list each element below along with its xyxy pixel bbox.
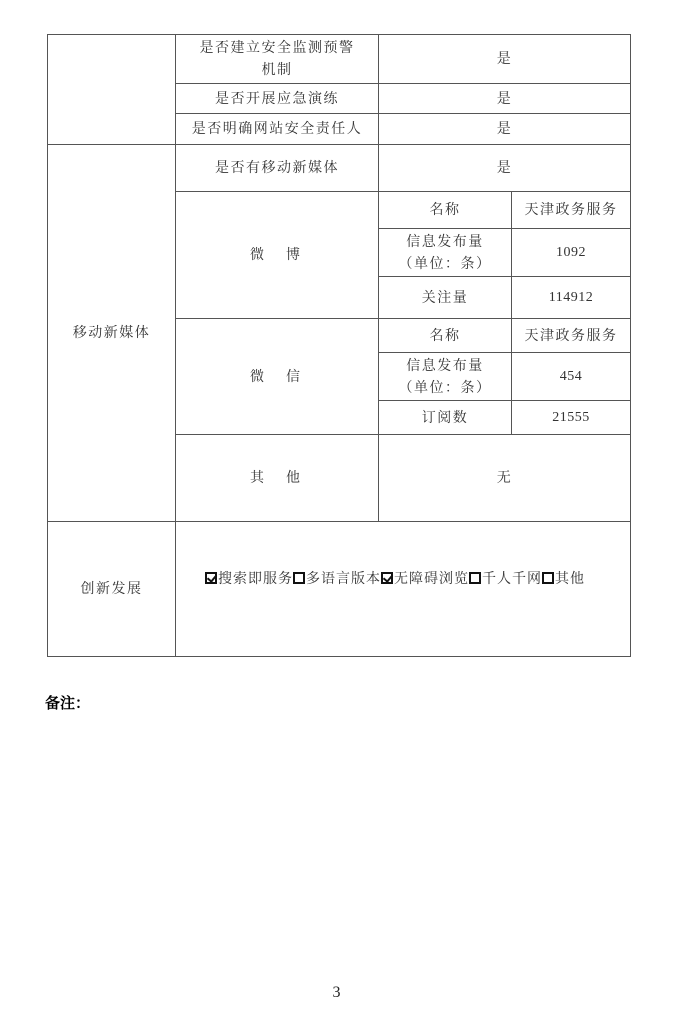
wechat-posts-value: 454 — [512, 353, 630, 400]
checkbox-other[interactable] — [542, 572, 554, 584]
security-monitoring-label: 是否建立安全监测预警 机制 — [176, 34, 378, 83]
checkbox-personalized[interactable] — [469, 572, 481, 584]
innovation-options: 搜索即服务 多语言版本 无障碍浏览 千人千网 其他 — [205, 568, 585, 588]
table-border-bottom — [47, 656, 631, 657]
label-line2: 机制 — [262, 59, 293, 81]
weibo-followers-label: 关注量 — [379, 277, 511, 318]
checkbox-search-service[interactable] — [205, 572, 217, 584]
wechat-subscribers-label: 订阅数 — [379, 401, 511, 434]
weibo-posts-value: 1092 — [512, 229, 630, 276]
weibo-label: 微 博 — [176, 192, 378, 318]
other-media-value: 无 — [379, 435, 630, 521]
label-line2: （单位：条） — [399, 253, 492, 275]
label-line1: 是否建立安全监测预警 — [200, 37, 355, 59]
page-number: 3 — [0, 984, 673, 1002]
wechat-name-label: 名称 — [379, 319, 511, 352]
option-label: 无障碍浏览 — [394, 568, 469, 588]
wechat-subscribers-value: 21555 — [512, 401, 630, 434]
weibo-name-label: 名称 — [379, 192, 511, 228]
option-label: 其他 — [555, 568, 585, 588]
has-mobile-media-label: 是否有移动新媒体 — [176, 145, 378, 191]
checkbox-accessibility[interactable] — [381, 572, 393, 584]
label-line1: 信息发布量 — [406, 355, 484, 377]
option-label: 千人千网 — [482, 568, 542, 588]
note-label: 备注： — [45, 692, 90, 713]
option-label: 多语言版本 — [306, 568, 381, 588]
emergency-drill-value: 是 — [379, 84, 630, 113]
weibo-name-value: 天津政务服务 — [512, 192, 630, 228]
security-officer-label: 是否明确网站安全责任人 — [176, 114, 378, 144]
label-line2: （单位：条） — [399, 377, 492, 399]
table-border-right — [630, 34, 631, 657]
security-monitoring-value: 是 — [379, 34, 630, 83]
has-mobile-media-value: 是 — [379, 145, 630, 191]
wechat-label: 微 信 — [176, 319, 378, 434]
emergency-drill-label: 是否开展应急演练 — [176, 84, 378, 113]
mobile-media-section-label: 移动新媒体 — [48, 145, 175, 521]
other-media-label: 其 他 — [176, 435, 378, 521]
label-line1: 信息发布量 — [406, 231, 484, 253]
wechat-posts-label: 信息发布量 （单位：条） — [379, 353, 511, 400]
weibo-posts-label: 信息发布量 （单位：条） — [379, 229, 511, 276]
innovation-section-label: 创新发展 — [48, 522, 175, 656]
weibo-followers-value: 114912 — [512, 277, 630, 318]
security-officer-value: 是 — [379, 114, 630, 144]
wechat-name-value: 天津政务服务 — [512, 319, 630, 352]
report-table: 是否建立安全监测预警 机制 是 是否开展应急演练 是 是否明确网站安全责任人 是… — [47, 34, 631, 657]
option-label: 搜索即服务 — [218, 568, 293, 588]
checkbox-multilingual[interactable] — [293, 572, 305, 584]
